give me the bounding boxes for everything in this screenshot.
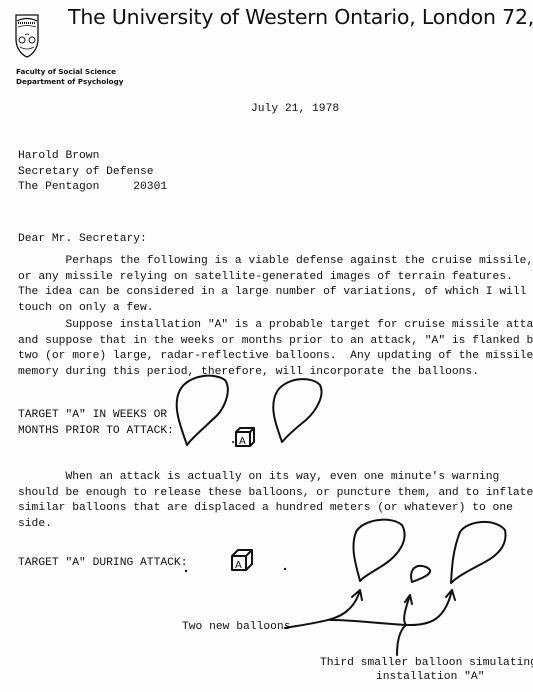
balloon-small-center-icon (411, 566, 430, 582)
hand-drawn-diagram: A A (0, 0, 533, 692)
svg-text:A: A (239, 436, 246, 447)
balloon-new-left-icon (353, 520, 404, 581)
target-cube-icon: A (232, 550, 252, 571)
balloon-right-icon (273, 379, 321, 442)
svg-text:A: A (235, 560, 242, 571)
target-cube-icon: A (236, 428, 254, 447)
balloon-left-icon (177, 376, 228, 445)
balloon-new-right-icon (451, 522, 506, 583)
arrow-to-right-balloon (330, 590, 455, 625)
arrow-to-left-balloon (285, 590, 362, 628)
